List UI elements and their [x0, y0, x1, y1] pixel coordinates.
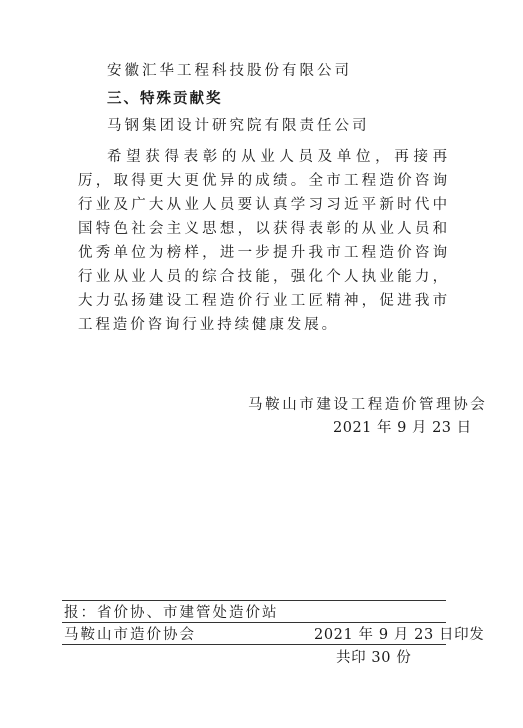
- footer-issuer: 马鞍山市造价协会: [64, 626, 196, 644]
- signature-organization: 马鞍山市建设工程造价管理协会: [248, 396, 487, 414]
- footer-top-rule: [62, 600, 446, 601]
- award-entry-anhui-huihua: 安徽汇华工程科技股份有限公司: [107, 62, 352, 80]
- signature-date: 2021 年 9 月 23 日: [333, 419, 472, 437]
- footer-issue-date: 2021 年 9 月 23 日印发: [314, 626, 484, 644]
- footer-report-to: 报：省价协、市建管处造价站: [64, 604, 279, 622]
- footer-middle-rule: [62, 622, 446, 623]
- footer-bottom-rule: [62, 644, 446, 645]
- closing-paragraph: 希望获得表彰的从业人员及单位，再接再厉，取得更大更优异的成绩。全市工程造价咨询行…: [78, 145, 450, 337]
- section-heading-special-contribution: 三、特殊贡献奖: [107, 90, 223, 108]
- footer-copies-count: 共印 30 份: [336, 649, 411, 667]
- award-entry-magang-design: 马钢集团设计研究院有限责任公司: [107, 117, 370, 135]
